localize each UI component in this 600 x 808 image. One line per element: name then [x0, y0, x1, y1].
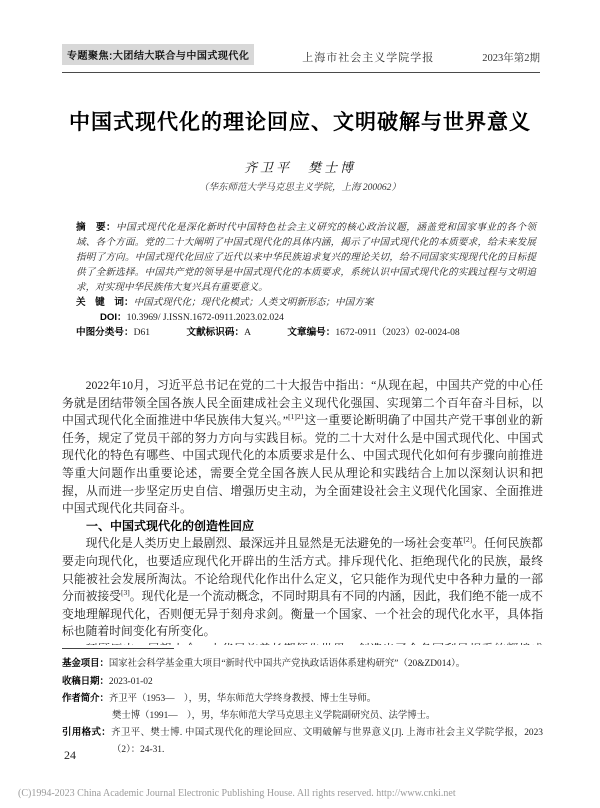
copyright-notice: (C)1994-2023 China Academic Journal Elec…: [18, 788, 456, 799]
page-title: 中国式现代化的理论回应、文明破解与世界意义: [40, 106, 560, 136]
article-id: 文章编号：1672-0911（2023）02-0024-08: [287, 327, 459, 338]
citation-2: [2]: [463, 535, 472, 544]
doi-value: 10.3969/ J.ISSN.1672-0911.2023.02.024: [127, 312, 284, 323]
author-bio-1: 作者简介：齐卫平（1953— ），男，华东师范大学终身教授、博士生导师。: [62, 690, 543, 708]
page-number: 24: [64, 748, 76, 763]
paragraph-3: 环顾历史、展望古今，中华民族曾长期领先世界，创造出了令各国刮目相看的辉煌成就。来…: [62, 641, 543, 645]
doi-label: DOI：: [100, 312, 127, 323]
keywords-label: 关 键 词：: [76, 297, 134, 308]
document-code: 文献标识码：A: [187, 327, 252, 338]
issue-label: 2023年第2期: [482, 50, 540, 65]
abstract: 摘 要：中国式现代化是深化新时代中国特色社会主义研究的核心政治议题，涵盖党和国家…: [76, 220, 536, 295]
page-header: 专题聚焦:大团结大联合与中国式现代化 上海市社会主义学院学报 2023年第2期: [62, 44, 540, 73]
abstract-label: 摘 要：: [76, 222, 116, 233]
classification-row: 中图分类号：D61 文献标识码：A 文章编号：1672-0911（2023）02…: [76, 325, 536, 340]
footnotes: 基金项目：国家社会科学基金重大项目“新时代中国共产党执政话语体系建构研究”（20…: [62, 648, 543, 758]
received-date: 收稿日期：2023-01-02: [62, 673, 543, 691]
journal-name: 上海市社会主义学院学报: [302, 49, 434, 65]
citation-format: 引用格式：齐卫平、樊士博. 中国式现代化的理论回应、文明破解与世界意义[J]. …: [62, 724, 543, 758]
paragraph-1: 2022年10月，习近平总书记在党的二十大报告中指出：“从现在起，中国共产党的中…: [62, 377, 543, 518]
abstract-text: 中国式现代化是深化新时代中国特色社会主义研究的核心政治议题，涵盖党和国家事业的各…: [76, 222, 536, 293]
keywords: 关 键 词：中国式现代化；现代化模式；人类文明新形态；中国方案: [76, 295, 536, 310]
footnote-separator: [62, 648, 174, 649]
article-meta: 摘 要：中国式现代化是深化新时代中国特色社会主义研究的核心政治议题，涵盖党和国家…: [76, 220, 536, 340]
paragraph-2: 现代化是人类历史上最剧烈、最深远并且显然是无法避免的一场社会变革[2]。任何民族…: [62, 535, 543, 641]
doi: DOI：10.3969/ J.ISSN.1672-0911.2023.02.02…: [76, 310, 536, 325]
fund-project: 基金项目：国家社会科学基金重大项目“新时代中国共产党执政话语体系建构研究”（20…: [62, 655, 543, 673]
author-bio-2: 樊士博（1991— ），男，华东师范大学马克思主义学院副研究员、法学博士。: [62, 708, 543, 725]
section-heading-1: 一、中国式现代化的创造性回应: [62, 518, 543, 536]
article-body: 2022年10月，习近平总书记在党的二十大报告中指出：“从现在起，中国共产党的中…: [62, 377, 543, 645]
clc-number: 中图分类号：D61: [76, 327, 150, 338]
affiliation: （华东师范大学马克思主义学院，上海 200062）: [0, 179, 600, 193]
keywords-text: 中国式现代化；现代化模式；人类文明新形态；中国方案: [134, 297, 374, 308]
topic-focus-badge: 专题聚焦:大团结大联合与中国式现代化: [62, 44, 254, 65]
journal-page: 专题聚焦:大团结大联合与中国式现代化 上海市社会主义学院学报 2023年第2期 …: [0, 0, 600, 808]
citation-3: [3]: [121, 588, 130, 597]
citation-1: [1]21: [288, 412, 304, 421]
authors: 齐卫平 樊士博: [0, 157, 600, 176]
